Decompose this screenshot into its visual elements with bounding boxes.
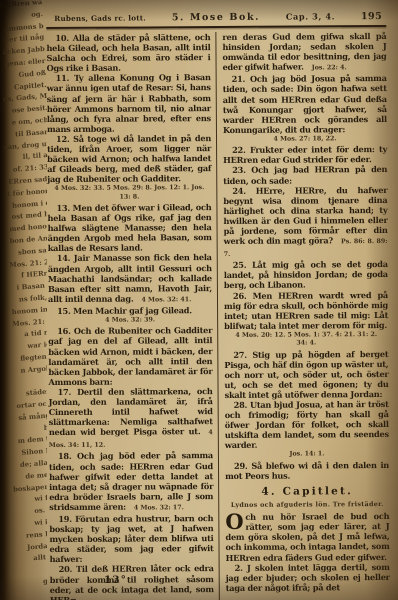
verse: 10. Alla de städer på slättene, och hela…: [46, 32, 210, 73]
page-number: 195: [361, 11, 382, 22]
header-book-title: 5. Mose Bok.: [172, 12, 260, 24]
verse: 16. Och de Rubeniter och Gadditer gaf ja…: [48, 325, 212, 387]
cross-reference: Jos. 14: 1.: [231, 450, 383, 459]
verse: 24. HErre, HERre, du hafwer begynt wisa …: [223, 185, 387, 261]
verse-continuation: ren deras Gud dem gifwa skall på hinside…: [222, 31, 386, 74]
book-page: Rubens, Gads rc. lott. 5. Mose Bok. Cap.…: [44, 0, 396, 600]
verse: 15. Men Machir gaf jag Gilead.: [48, 305, 212, 316]
verse-text: 28. Utan bjud Josua, at han är tröst och…: [225, 399, 389, 450]
verse: 18. Och jag böd eder på samma tiden, och…: [49, 450, 213, 514]
verse-text: 18. Och jag böd eder på samma tiden, och…: [49, 450, 213, 511]
verse-text: 10. Alla de städer på slättene, och hela…: [46, 32, 210, 73]
verse-text: 19. Förutan edra hustrur, barn och boska…: [49, 513, 213, 564]
verse: 27. Stig up på högden af berget Pisga, o…: [224, 348, 388, 399]
drop-cap-verse: Och nu hör Israel de bud och rätter, som…: [225, 511, 389, 562]
cross-reference: 4 Mos. 32: 39.: [54, 316, 206, 325]
verse: 13. Men det öfwer war i Gilead, och hela…: [47, 202, 211, 253]
cross-reference: 4 Mos. 20: 12. 5 Mos. 1: 37. 4: 21. 31: …: [230, 331, 382, 349]
verse: 26. Men HERren wardt wred på mig för edr…: [224, 290, 388, 331]
verse: 19. Förutan edra hustrur, barn och boska…: [49, 513, 213, 564]
verse: 29. Så blefwo wi då i den dalen in mot P…: [225, 460, 389, 481]
verse: 12. Så toge wi då landet in på den tiden…: [47, 133, 211, 184]
verse-text: 22. Frukter eder intet för dem: ty HERre…: [223, 144, 387, 165]
verse-text: 21. Och jag böd Josua på samma tiden, oc…: [223, 73, 387, 134]
chapter-heading: 4. Capitlet.: [225, 486, 389, 497]
verse: 20. Til deß HERren låter ock edra bröder…: [50, 564, 214, 600]
verse-text: 20. Til deß HERren låter ock edra bröder…: [50, 564, 214, 600]
verse-text: 16. Och de Rubeniter och Gadditer gaf ja…: [48, 325, 212, 386]
verse: 11. Ty allena Konung Og i Basan war ännu…: [47, 72, 211, 134]
adjacent-page-text: HERren wä og. Ammons b ler til någ äcken…: [0, 0, 47, 592]
header-section-title: Rubens, Gads rc. lott.: [54, 13, 146, 23]
verse-text: 17. Dertil den slättmarkena, och Jordan,…: [49, 386, 213, 437]
verse: 28. Utan bjud Josua, at han är tröst och…: [225, 399, 389, 450]
verse-reference: Jos. 22: 4.: [304, 65, 347, 72]
verse: 2. J skolen intet lägga dertil, som jag …: [226, 562, 390, 593]
left-column: 10. Alla de städer på slättene, och hela…: [46, 32, 218, 600]
book-photo: HERren wä og. Ammons b ler til någ äcken…: [0, 0, 398, 600]
cross-reference: 4 Mos. 27: 18, 22.: [229, 135, 381, 144]
verse-text: 29. Så blefwo wi då i den dalen in mot P…: [225, 460, 389, 481]
verse: 17. Dertil den slättmarkena, och Jordan,…: [49, 386, 213, 452]
verse-text: 26. Men HERren wardt wred på mig för edr…: [224, 290, 388, 331]
right-column: ren deras Gud dem gifwa skall på hinside…: [215, 31, 389, 600]
verse-text: 2. J skolen intet lägga dertil, som jag …: [226, 562, 390, 593]
verse-text: 25. Låt mig gå och se det goda landet, p…: [224, 259, 388, 290]
chapter-summary: Lydnos och afguderis lön. Tre fristäder.: [225, 499, 389, 510]
verse: 14. Jair Manasse son fick den hela ängde…: [48, 253, 212, 306]
verse-text: 12. Så toge wi då landet in på den tiden…: [47, 133, 211, 184]
verse-text: 15. Men Machir gaf jag Gilead.: [57, 305, 192, 316]
verse-text: 24. HErre, HERre, du hafwer begynt wisa …: [223, 185, 387, 246]
verse-reference: 4 Mos. 32: 17.: [126, 504, 184, 511]
verse-text: 13. Men det öfwer war i Gilead, och hela…: [47, 202, 211, 253]
verse-text: 23. Och jag bad HERran på den tiden, och…: [223, 164, 387, 185]
verse-reference: 4 Mos. 32: 41.: [133, 296, 191, 303]
verse: 25. Låt mig gå och se det goda landet, p…: [224, 259, 388, 290]
verse: 21. Och jag böd Josua på samma tiden, oc…: [223, 73, 387, 135]
verse: 23. Och jag bad HERran på den tiden, och…: [223, 164, 387, 185]
text-columns: 10. Alla de städer på slättene, och hela…: [46, 31, 389, 600]
verse: 22. Frukter eder intet för dem: ty HERre…: [223, 144, 387, 165]
verse-text: 11. Ty allena Konung Og i Basan war ännu…: [47, 72, 211, 133]
header-chapter-label: Cap. 3, 4.: [286, 11, 335, 21]
page-gutter: HERren wä og. Ammons b ler til någ äcken…: [0, 0, 47, 600]
signature-mark: 13°: [104, 574, 127, 586]
verse-text: 27. Stig up på högden af berget Pisga, o…: [224, 348, 388, 399]
running-header: Rubens, Gads rc. lott. 5. Mose Bok. Cap.…: [46, 5, 386, 26]
cross-reference: 4 Mos. 32: 33. 5 Mos. 29: 8. Jos. 12: 1.…: [53, 184, 205, 202]
